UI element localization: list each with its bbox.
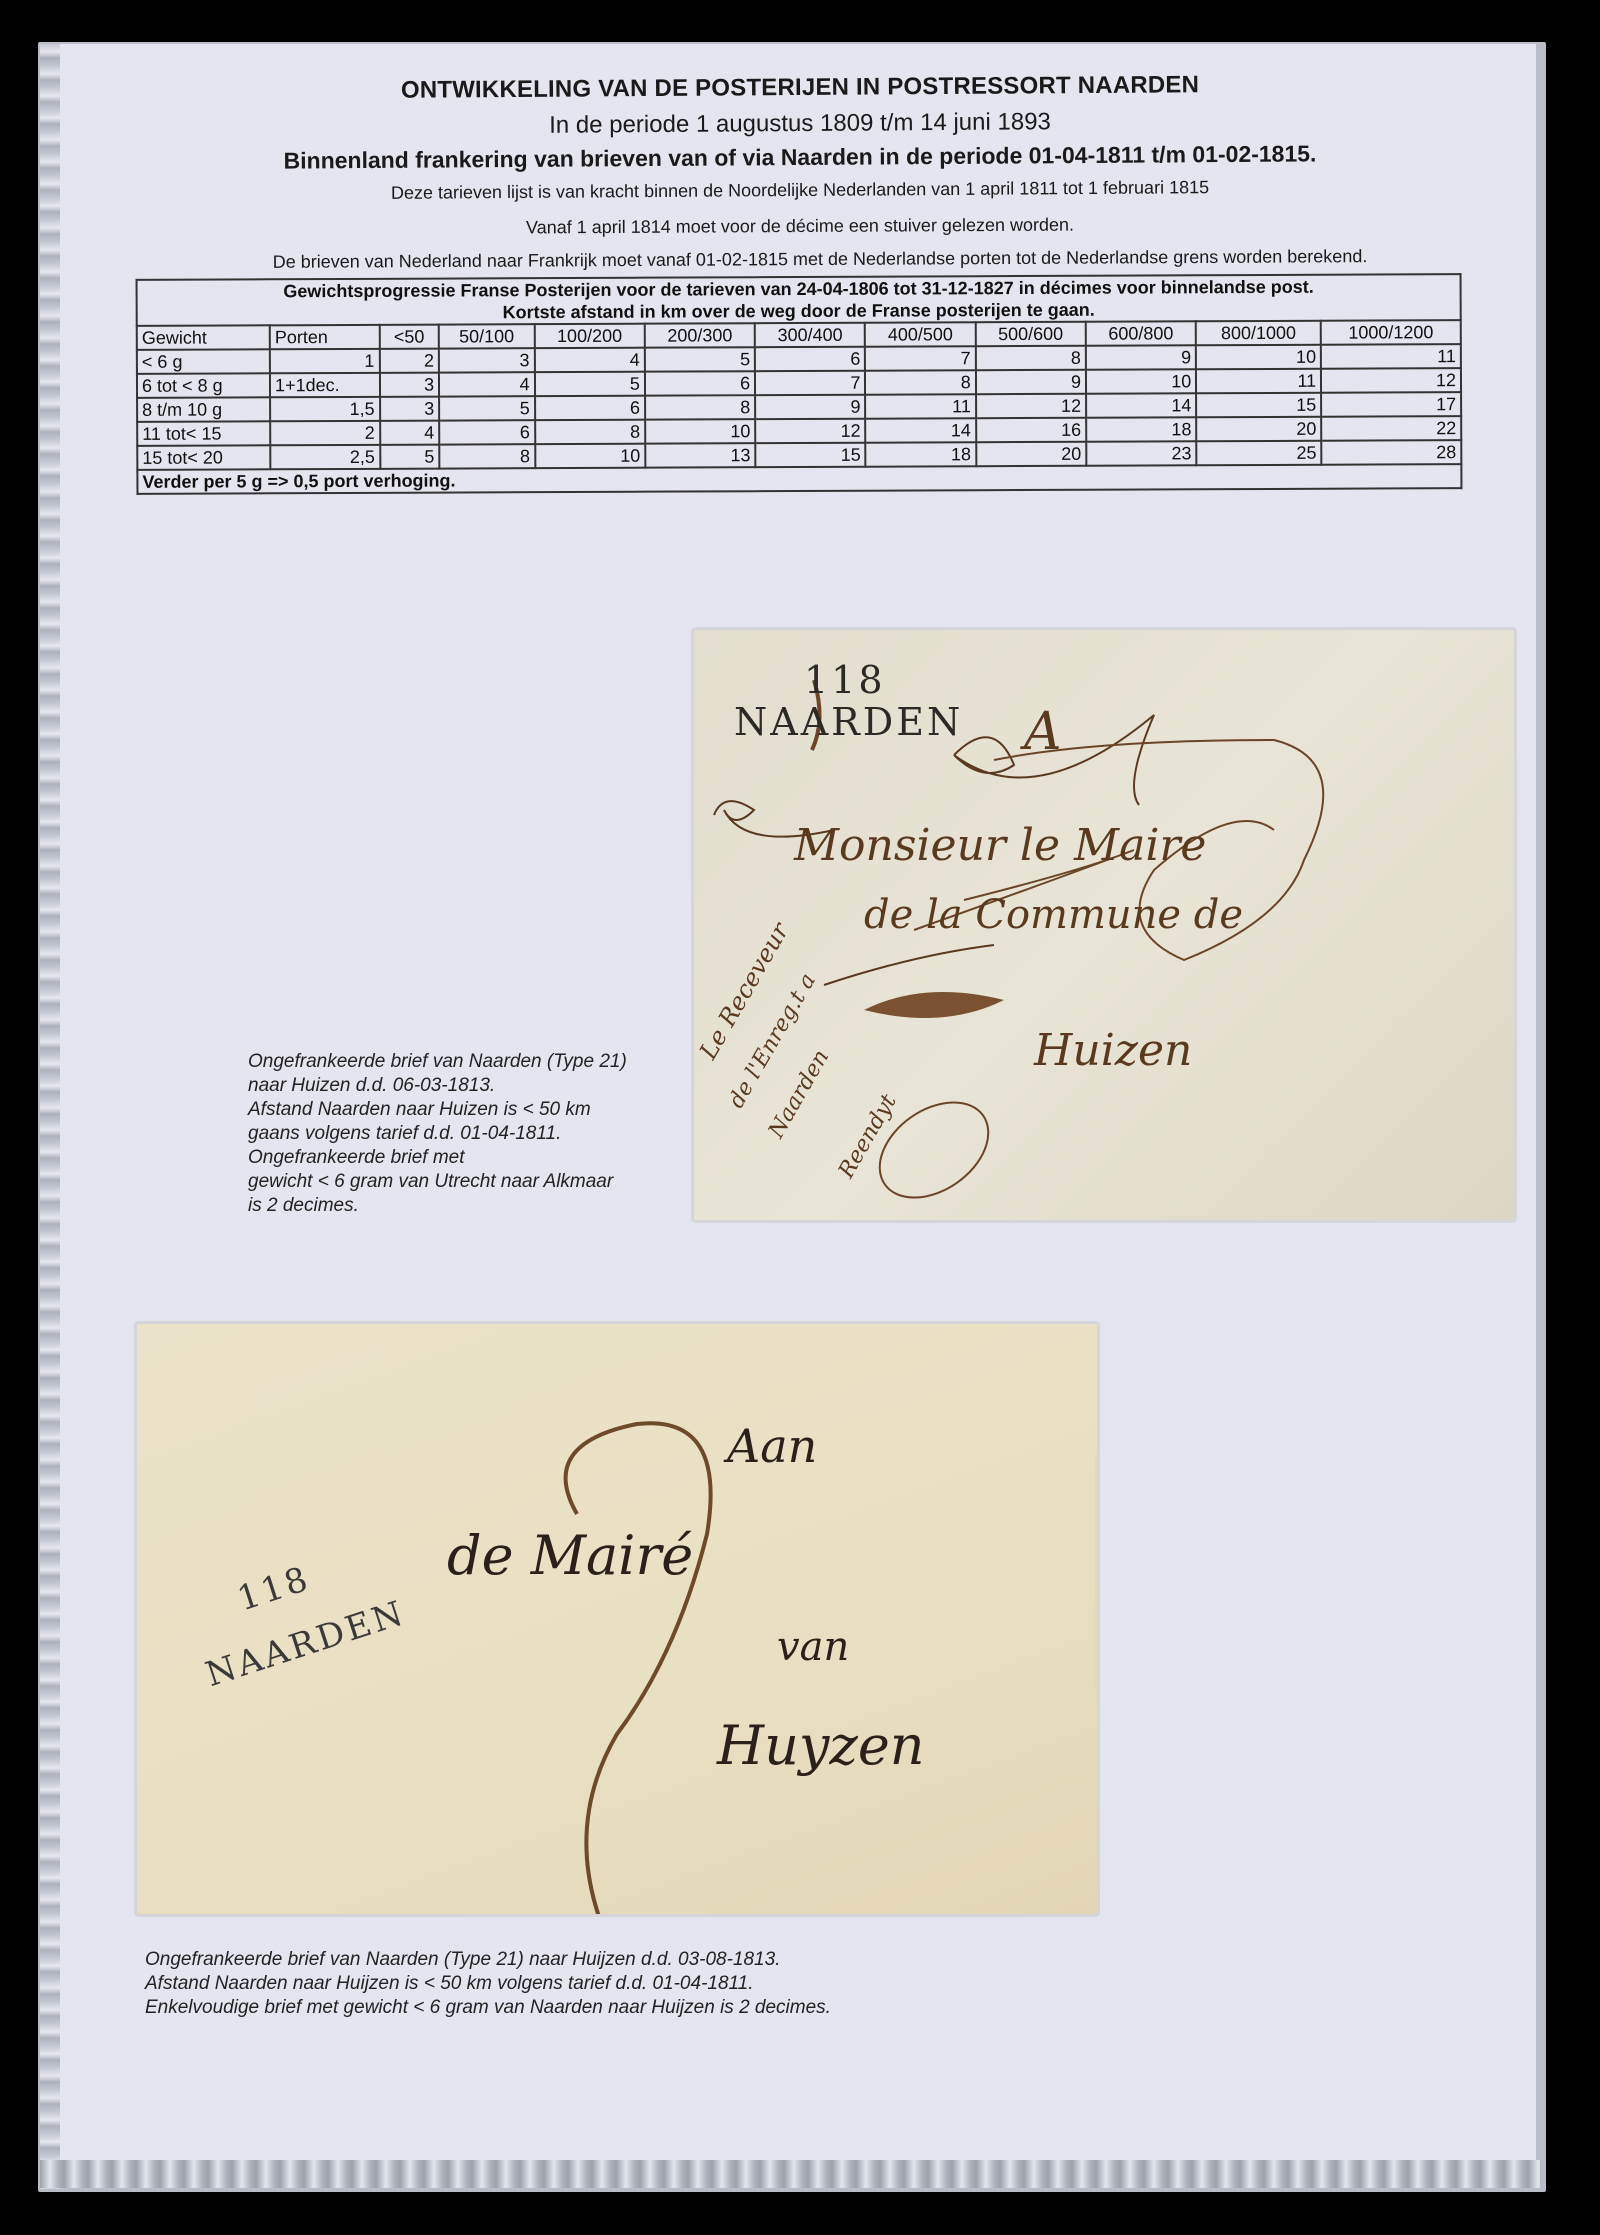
caption-line: Ongefrankeerde brief met xyxy=(248,1146,698,1170)
rate-cell: 17 xyxy=(1321,392,1461,417)
column-header: 800/1000 xyxy=(1196,321,1321,346)
sleeve-binding-strip xyxy=(40,44,60,2189)
letter-1-address-line: Monsieur le Maire xyxy=(794,820,1206,871)
letter-1-address-a: A xyxy=(1024,702,1062,762)
rate-cell: 13 xyxy=(645,443,755,467)
rate-cell: 7 xyxy=(755,371,865,395)
rate-cell: 5 xyxy=(439,396,535,420)
rate-cell: 15 xyxy=(755,443,865,467)
tariff-table: Gewichtsprogressie Franse Posterijen voo… xyxy=(136,273,1463,495)
caption-line: Afstand Naarden naar Huijzen is < 50 km … xyxy=(145,1972,1045,1996)
rate-cell: 28 xyxy=(1321,440,1461,465)
weight-cell: 8 t/m 10 g xyxy=(137,397,270,422)
rate-cell: 8 xyxy=(976,346,1086,370)
rate-cell: 7 xyxy=(865,346,975,370)
rate-cell: 2,5 xyxy=(270,445,380,469)
rate-cell: 15 xyxy=(1196,393,1321,418)
caption-line: is 2 decimes. xyxy=(248,1194,698,1218)
rate-cell: 3 xyxy=(439,348,535,372)
column-header: 100/200 xyxy=(534,324,644,348)
letter-2-address-line: de Mairé xyxy=(447,1524,693,1587)
caption-line: Enkelvoudige brief met gewicht < 6 gram … xyxy=(145,1996,1045,2020)
caption-line: gewicht < 6 gram van Utrecht naar Alkmaa… xyxy=(248,1170,698,1194)
letter-1-cover: 118 NAARDEN A Monsieur le Maire de la Co… xyxy=(694,630,1514,1220)
letter-1-caption: Ongefrankeerde brief van Naarden (Type 2… xyxy=(248,1050,698,1218)
rate-cell: 12 xyxy=(976,394,1086,418)
rate-cell: 20 xyxy=(1196,417,1321,442)
letter-2-caption: Ongefrankeerde brief van Naarden (Type 2… xyxy=(145,1948,1045,2020)
letter-1-stamp-town: NAARDEN xyxy=(734,700,963,744)
rate-cell: 6 xyxy=(439,420,535,444)
rate-cell: 6 xyxy=(645,371,755,395)
rate-cell: 14 xyxy=(866,418,976,442)
sleeve-bottom-edge xyxy=(40,2160,1540,2188)
rate-cell: 25 xyxy=(1196,441,1321,466)
caption-line: gaans volgens tarief d.d. 01-04-1811. xyxy=(248,1122,698,1146)
column-header: 50/100 xyxy=(439,324,535,348)
weight-cell: 11 tot< 15 xyxy=(137,421,270,446)
caption-line: Ongefrankeerde brief van Naarden (Type 2… xyxy=(145,1948,1045,1972)
rate-cell: 14 xyxy=(1086,393,1196,417)
rate-cell: 9 xyxy=(755,395,865,419)
caption-line: Afstand Naarden naar Huizen is < 50 km xyxy=(248,1098,698,1122)
rate-cell: 12 xyxy=(1321,368,1461,393)
rate-cell: 8 xyxy=(865,370,975,394)
rate-cell: 11 xyxy=(1321,344,1461,369)
rate-cell: 1 xyxy=(270,349,380,373)
rate-cell: 5 xyxy=(645,347,755,371)
rate-cell: 8 xyxy=(645,395,755,419)
rate-cell: 2 xyxy=(379,349,439,373)
rate-cell: 8 xyxy=(535,420,645,444)
letter-2-address-line: Aan xyxy=(727,1419,817,1473)
rate-cell: 16 xyxy=(976,418,1086,442)
rate-cell: 4 xyxy=(380,421,440,445)
rate-cell: 11 xyxy=(1196,369,1321,394)
weight-cell: 15 tot< 20 xyxy=(137,445,270,470)
column-header: <50 xyxy=(379,325,439,349)
rate-cell: 5 xyxy=(535,372,645,396)
caption-line: Ongefrankeerde brief van Naarden (Type 2… xyxy=(248,1050,698,1074)
rate-cell: 6 xyxy=(535,396,645,420)
rate-cell: 10 xyxy=(645,419,755,443)
rate-cell: 3 xyxy=(380,397,440,421)
rate-cell: 12 xyxy=(755,419,865,443)
rate-cell: 9 xyxy=(976,370,1086,394)
weight-cell: 6 tot < 8 g xyxy=(137,373,270,398)
column-header: Gewicht xyxy=(137,325,270,350)
column-header: 1000/1200 xyxy=(1321,320,1461,345)
rate-cell: 5 xyxy=(380,445,440,469)
column-header: 500/600 xyxy=(975,322,1085,346)
rate-cell: 10 xyxy=(1196,345,1321,370)
column-header: 300/400 xyxy=(755,323,865,347)
letter-1-address-line: de la Commune de xyxy=(864,892,1243,938)
column-header: 600/800 xyxy=(1086,321,1196,345)
rate-cell: 2 xyxy=(270,421,380,445)
rate-cell: 3 xyxy=(379,373,439,397)
table-footer-row: Verder per 5 g => 0,5 port verhoging. xyxy=(137,464,1461,494)
rate-cell: 4 xyxy=(534,348,644,372)
letter-2-address-town: Huyzen xyxy=(717,1714,925,1777)
rate-cell: 22 xyxy=(1321,416,1461,441)
rate-cell: 8 xyxy=(439,444,535,468)
rate-cell: 1+1dec. xyxy=(270,373,380,397)
letter-2-address-line: van xyxy=(777,1624,849,1670)
rate-cell: 10 xyxy=(535,444,645,468)
letter-2-cover: 118 NAARDEN Aan de Mairé van Huyzen xyxy=(137,1324,1097,1914)
rate-cell: 1,5 xyxy=(270,397,380,421)
rate-cell: 9 xyxy=(1086,345,1196,369)
column-header: 400/500 xyxy=(865,322,975,346)
rate-cell: 11 xyxy=(865,394,975,418)
column-header: 200/300 xyxy=(645,323,755,347)
table-footer-note: Verder per 5 g => 0,5 port verhoging. xyxy=(137,464,1461,494)
rate-cell: 10 xyxy=(1086,369,1196,393)
letter-1-stamp-number: 118 xyxy=(804,658,886,702)
rate-cell: 6 xyxy=(755,347,865,371)
letter-2-handwriting xyxy=(137,1324,1097,1914)
column-header: Porten xyxy=(270,325,380,349)
caption-line: naar Huizen d.d. 06-03-1813. xyxy=(248,1074,698,1098)
weight-cell: < 6 g xyxy=(137,349,270,374)
rate-cell: 23 xyxy=(1086,441,1196,465)
rate-cell: 20 xyxy=(976,442,1086,466)
letter-1-address-town: Huizen xyxy=(1034,1025,1192,1076)
rate-cell: 18 xyxy=(866,442,976,466)
rate-cell: 4 xyxy=(439,372,535,396)
rate-cell: 18 xyxy=(1086,417,1196,441)
letter-2-fold-flap xyxy=(1095,1454,1097,1704)
